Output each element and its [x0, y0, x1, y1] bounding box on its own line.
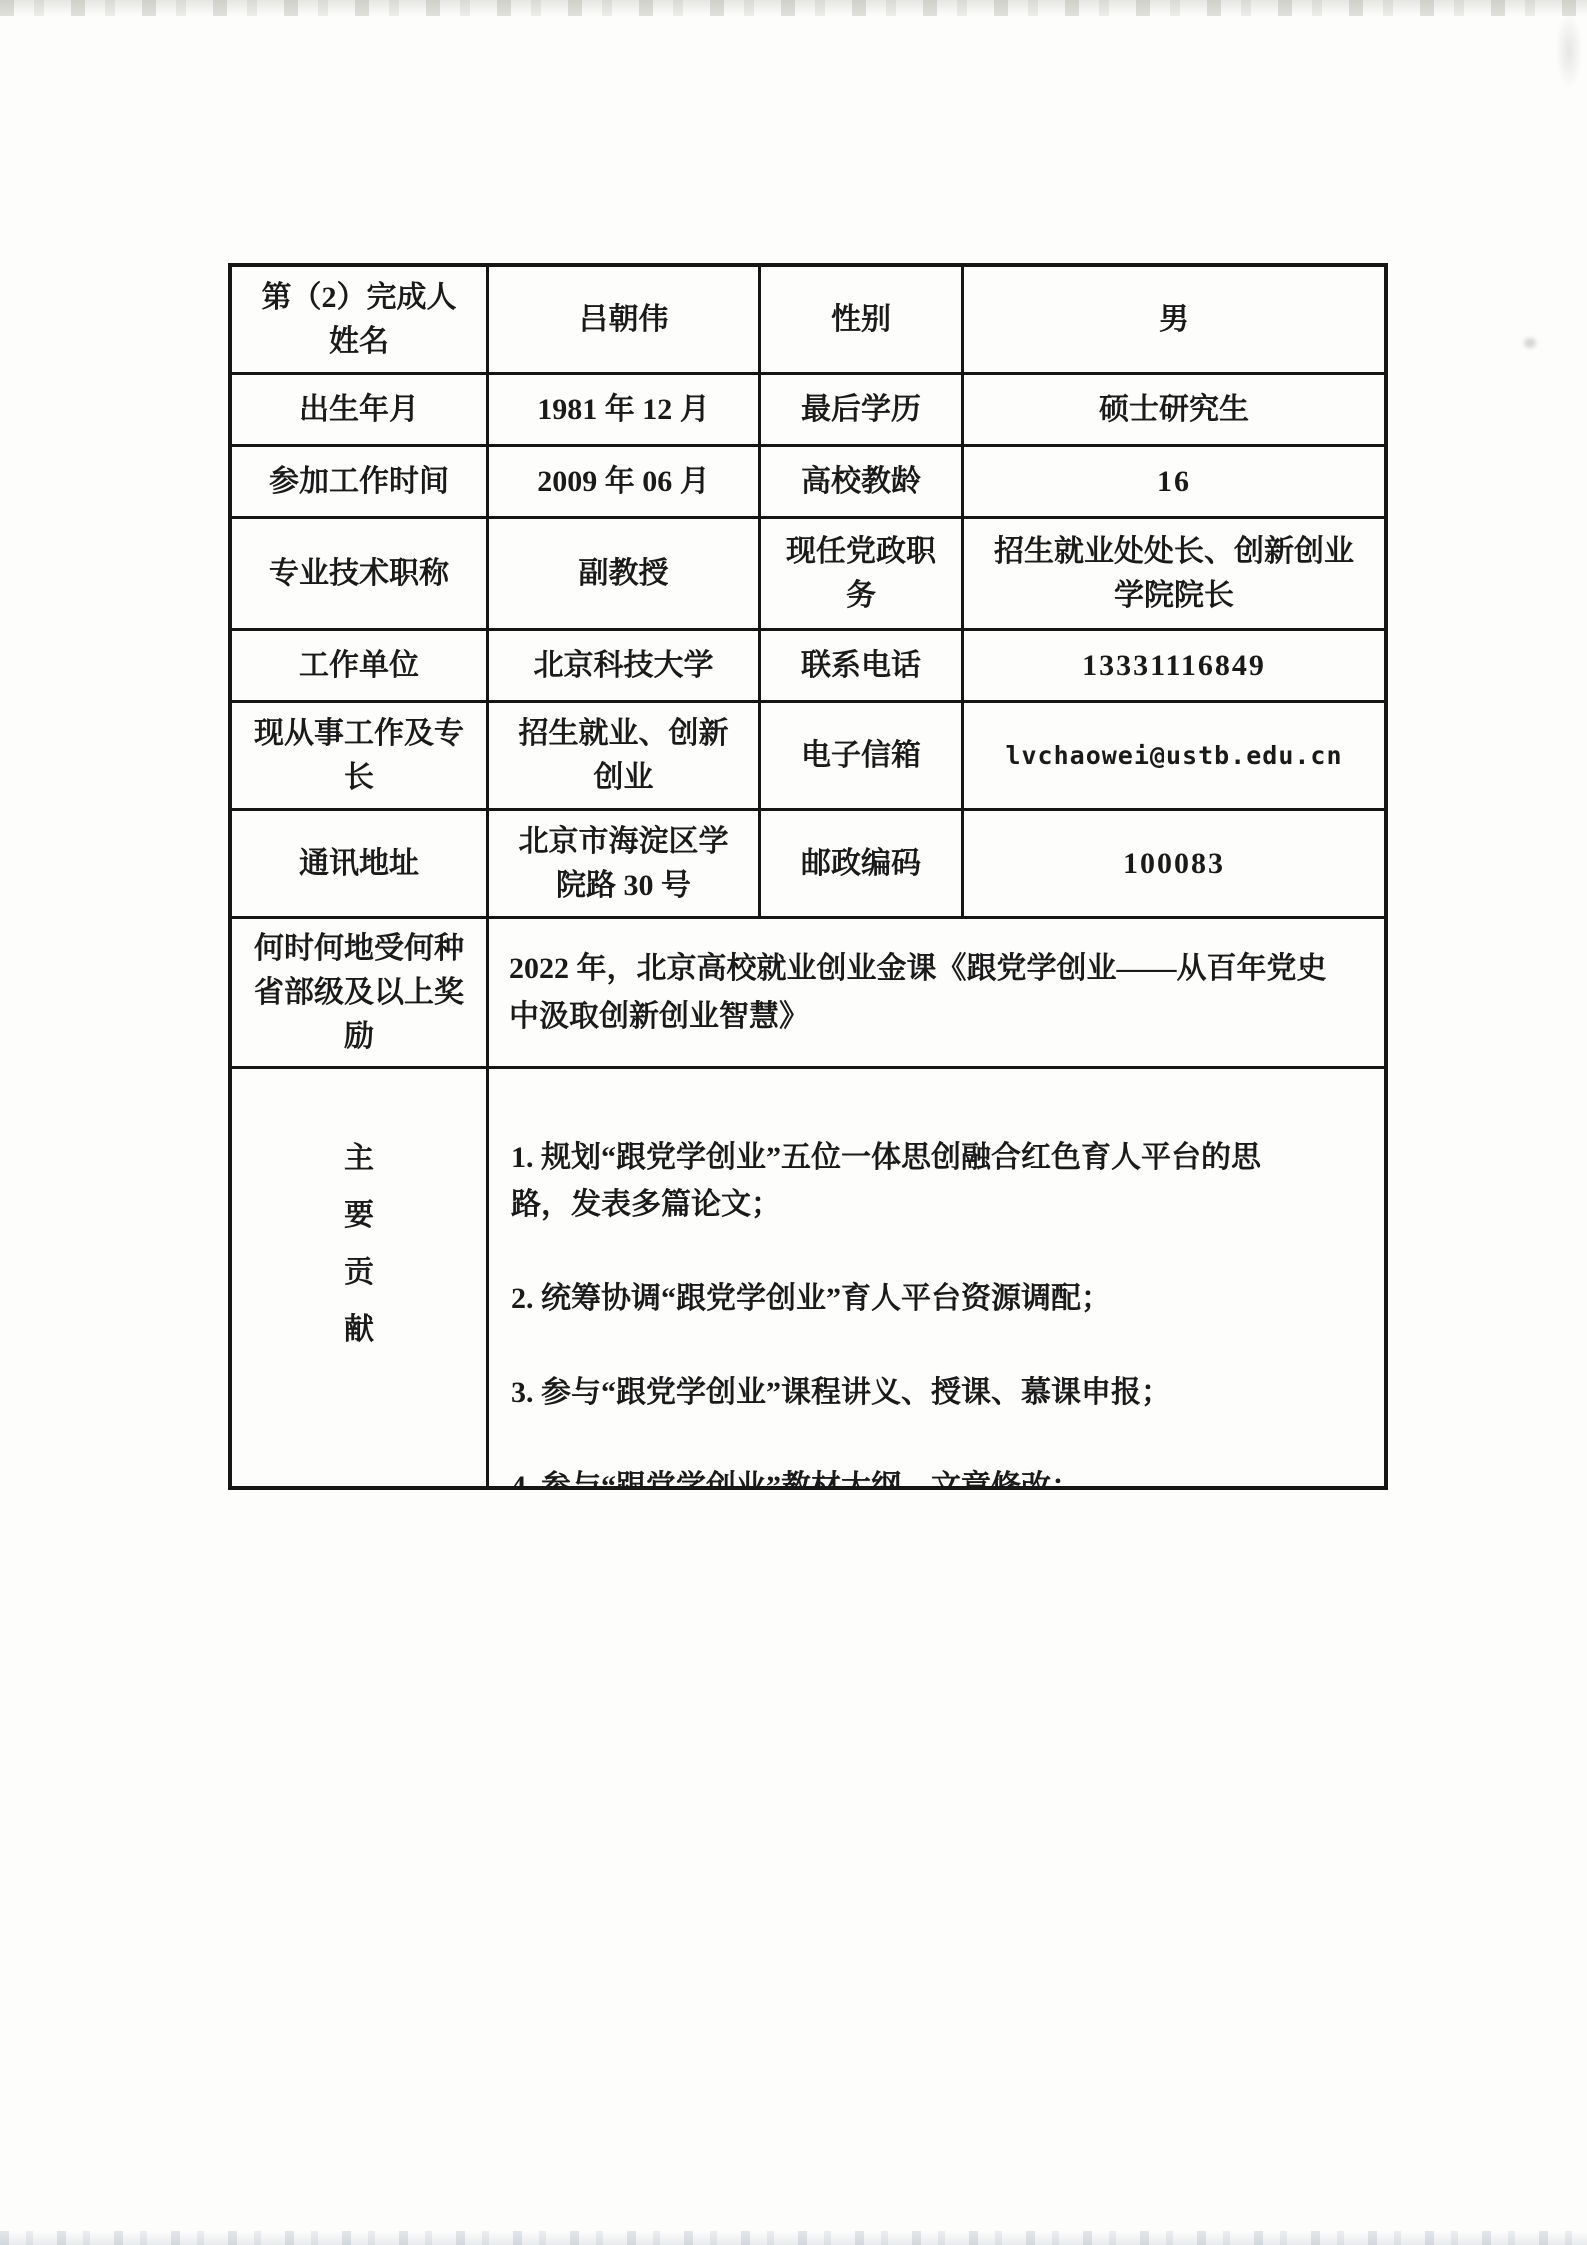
- field-value-work-start: 2009 年 06 月: [489, 447, 761, 519]
- field-label-awards: 何时何地受何种 省部级及以上奖 励: [232, 919, 489, 1069]
- field-label-work-unit: 工作单位: [232, 631, 489, 703]
- scanned-form-screenshot: { "page": { "background": "#f9f9f7", "pa…: [0, 0, 1587, 2245]
- field-value-phone: 13331116849: [964, 631, 1384, 703]
- scan-smudge: [1467, 0, 1587, 170]
- field-value-teaching-years: 16: [964, 447, 1384, 519]
- field-label-professional-title: 专业技术职称: [232, 519, 489, 631]
- field-label-gender: 性别: [761, 267, 964, 375]
- field-value-awards: 2022 年，北京高校就业创业金课《跟党学创业——从百年党史 中汲取创新创业智慧…: [489, 919, 1384, 1069]
- field-label-address: 通讯地址: [232, 811, 489, 919]
- document-page: 第（2）完成人 姓名 吕朝伟 性别 男 出生年月 1981 年 12 月 最后学…: [0, 0, 1587, 2245]
- field-label-teaching-years: 高校教龄: [761, 447, 964, 519]
- contribution-item: 2. 统筹协调“跟党学创业”育人平台资源调配；: [511, 1275, 1362, 1322]
- field-label-completer-name: 第（2）完成人 姓名: [232, 267, 489, 375]
- field-value-party-post: 招生就业处处长、创新创业 学院院长: [964, 519, 1384, 631]
- scan-speck: [1524, 338, 1536, 348]
- field-value-completer-name: 吕朝伟: [489, 267, 761, 375]
- contribution-item: 4. 参与“跟党学创业”教材大纲、文章修改；: [511, 1463, 1362, 1486]
- field-value-professional-title: 副教授: [489, 519, 761, 631]
- field-value-address: 北京市海淀区学 院路 30 号: [489, 811, 761, 919]
- field-value-email: lvchaowei@ustb.edu.cn: [964, 703, 1384, 811]
- field-label-postal-code: 邮政编码: [761, 811, 964, 919]
- field-label-phone: 联系电话: [761, 631, 964, 703]
- field-value-last-degree: 硕士研究生: [964, 375, 1384, 447]
- field-label-main-contributions: 主 要 贡 献: [232, 1069, 489, 1486]
- field-label-birth-date: 出生年月: [232, 375, 489, 447]
- contribution-item: 3. 参与“跟党学创业”课程讲义、授课、慕课申报；: [511, 1369, 1362, 1416]
- field-label-email: 电子信箱: [761, 703, 964, 811]
- field-value-postal-code: 100083: [964, 811, 1384, 919]
- field-value-work-unit: 北京科技大学: [489, 631, 761, 703]
- field-value-current-work: 招生就业、创新 创业: [489, 703, 761, 811]
- field-label-current-work: 现从事工作及专 长: [232, 703, 489, 811]
- field-label-work-start: 参加工作时间: [232, 447, 489, 519]
- completer-info-table: 第（2）完成人 姓名 吕朝伟 性别 男 出生年月 1981 年 12 月 最后学…: [228, 263, 1388, 1490]
- field-value-birth-date: 1981 年 12 月: [489, 375, 761, 447]
- field-value-main-contributions: 1. 规划“跟党学创业”五位一体思创融合红色育人平台的思 路，发表多篇论文； 2…: [489, 1069, 1384, 1486]
- field-value-gender: 男: [964, 267, 1384, 375]
- contribution-item: 1. 规划“跟党学创业”五位一体思创融合红色育人平台的思 路，发表多篇论文；: [511, 1134, 1362, 1228]
- field-label-party-post: 现任党政职 务: [761, 519, 964, 631]
- scan-edge-artifact-top: [0, 0, 1587, 16]
- field-label-last-degree: 最后学历: [761, 375, 964, 447]
- scan-edge-artifact-bottom: [0, 2231, 1587, 2245]
